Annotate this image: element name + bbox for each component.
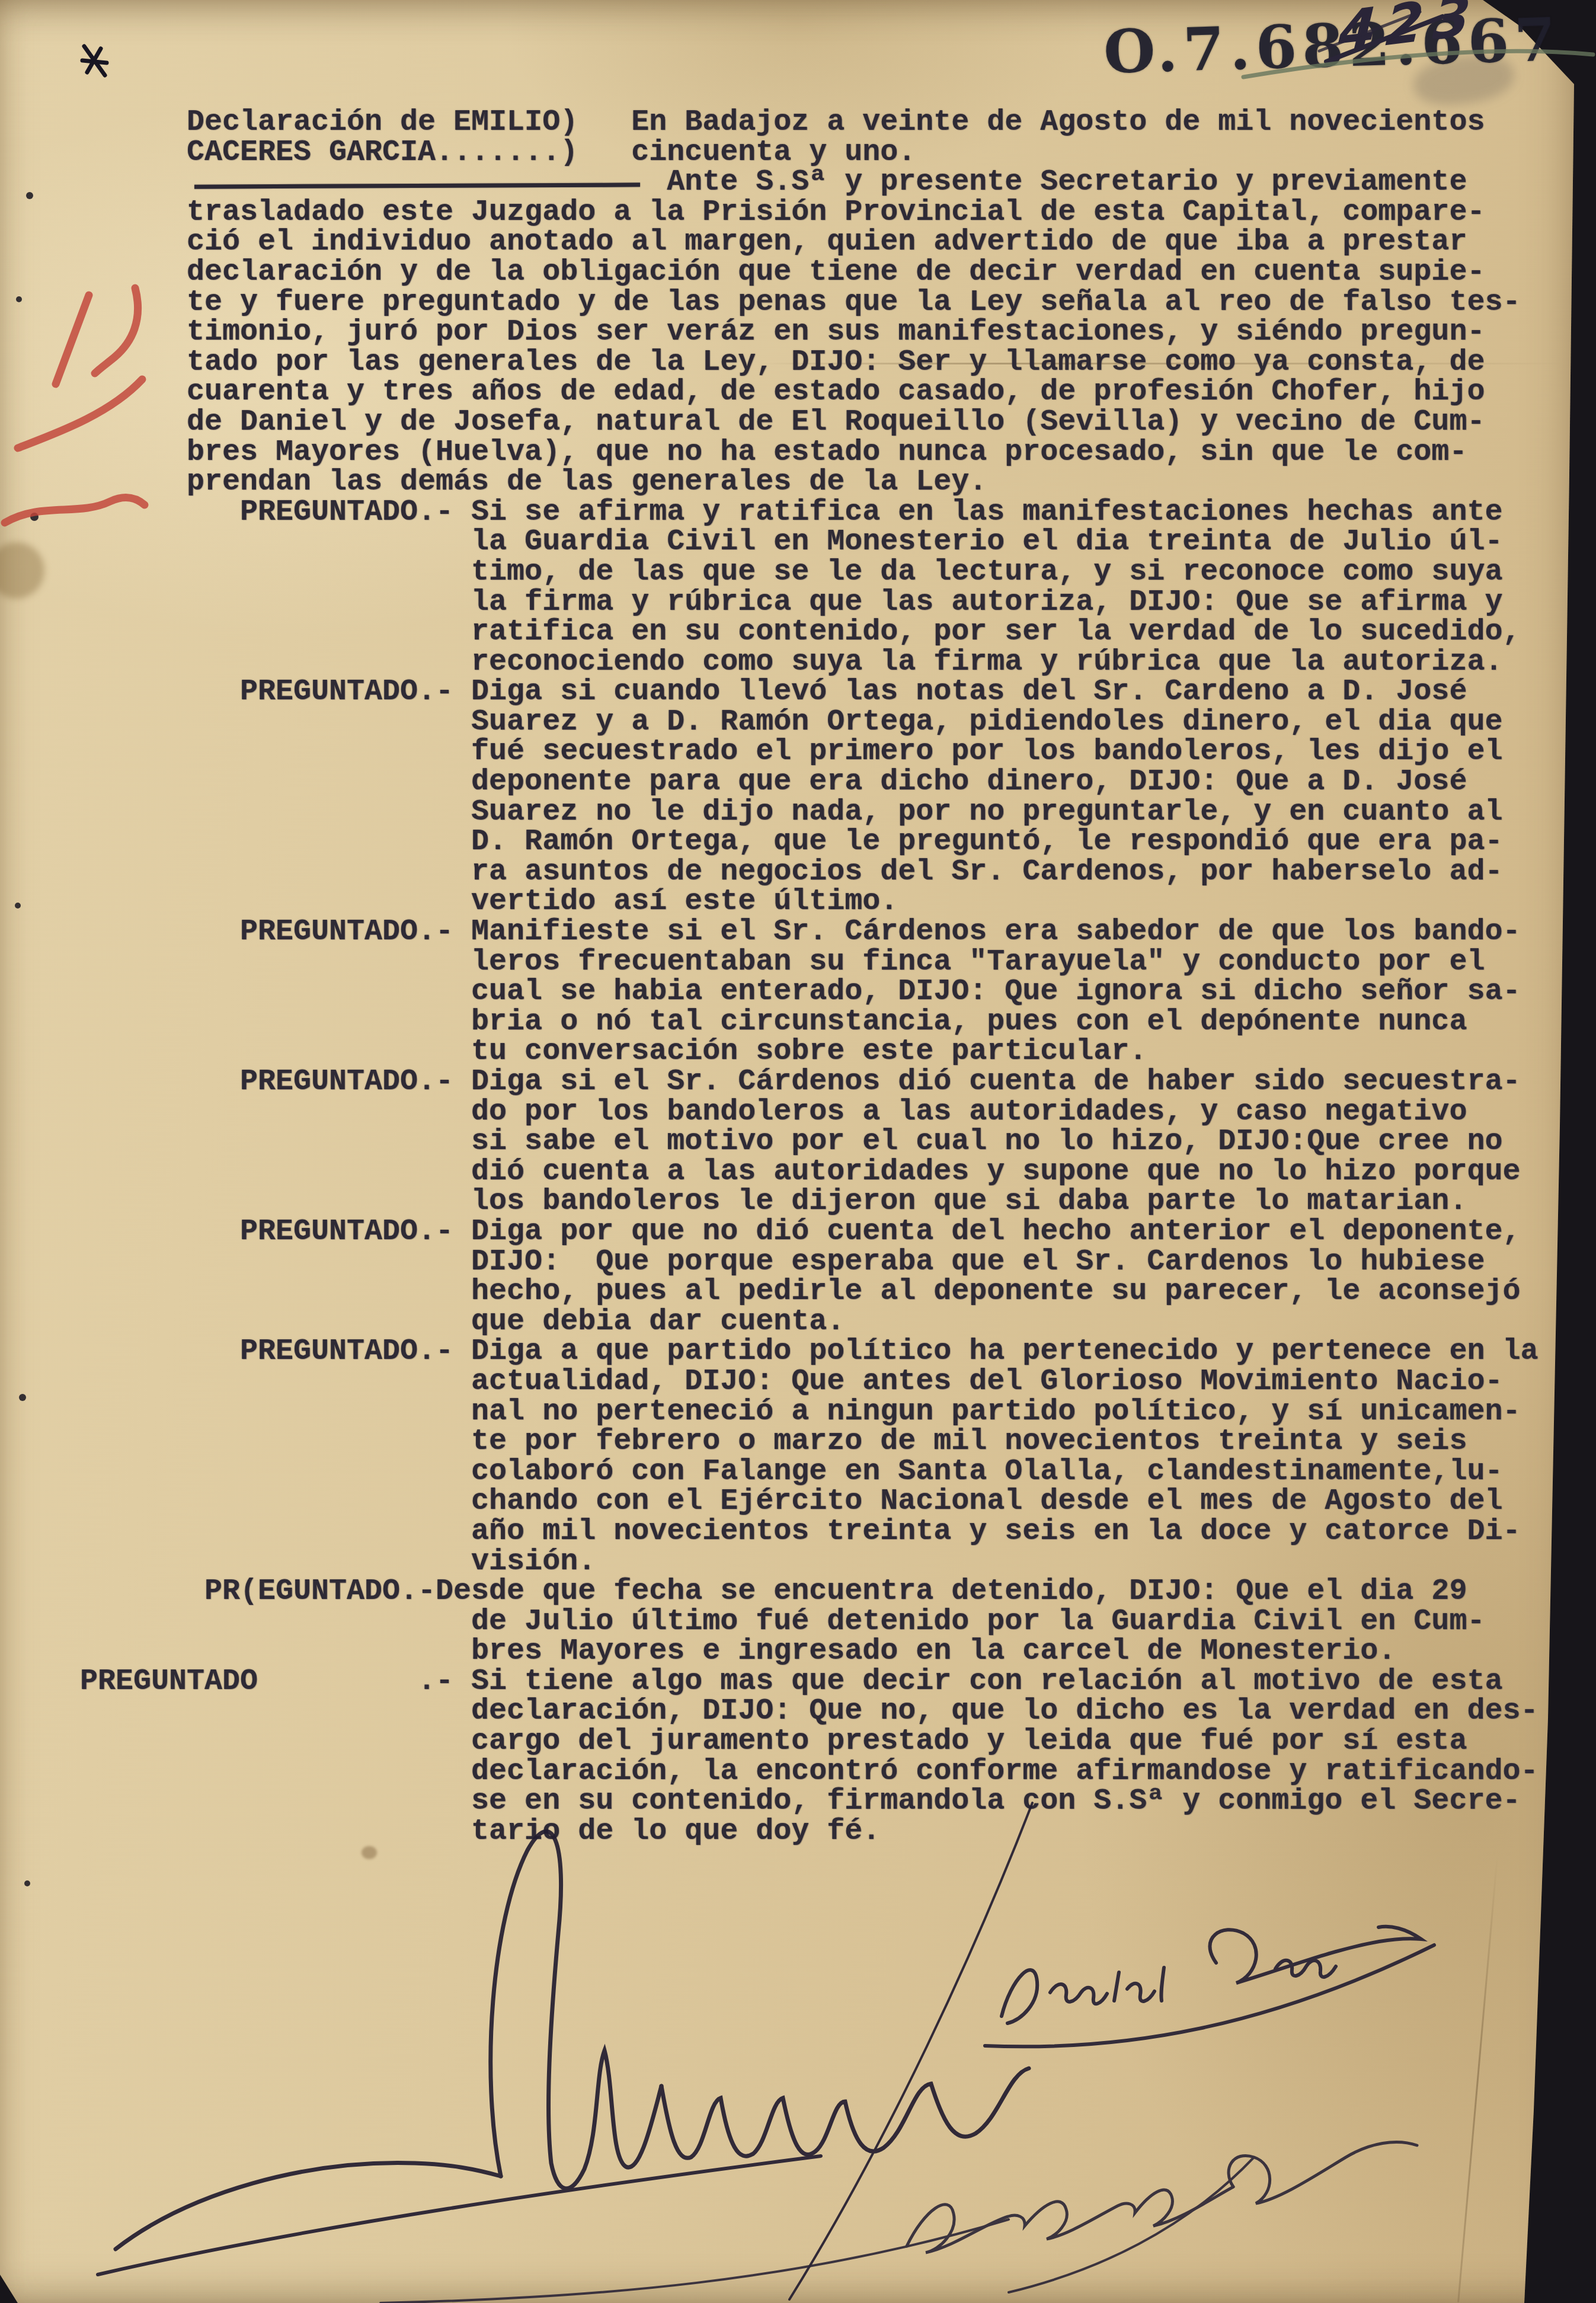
typed-declaration-text: Declaración de EMILIO) En Badajoz a vein…	[80, 108, 1538, 1847]
scanned-page: Declaración de EMILIO) En Badajoz a vein…	[0, 0, 1596, 2303]
file-number-stamp: O.7.682.667	[1103, 4, 1562, 87]
